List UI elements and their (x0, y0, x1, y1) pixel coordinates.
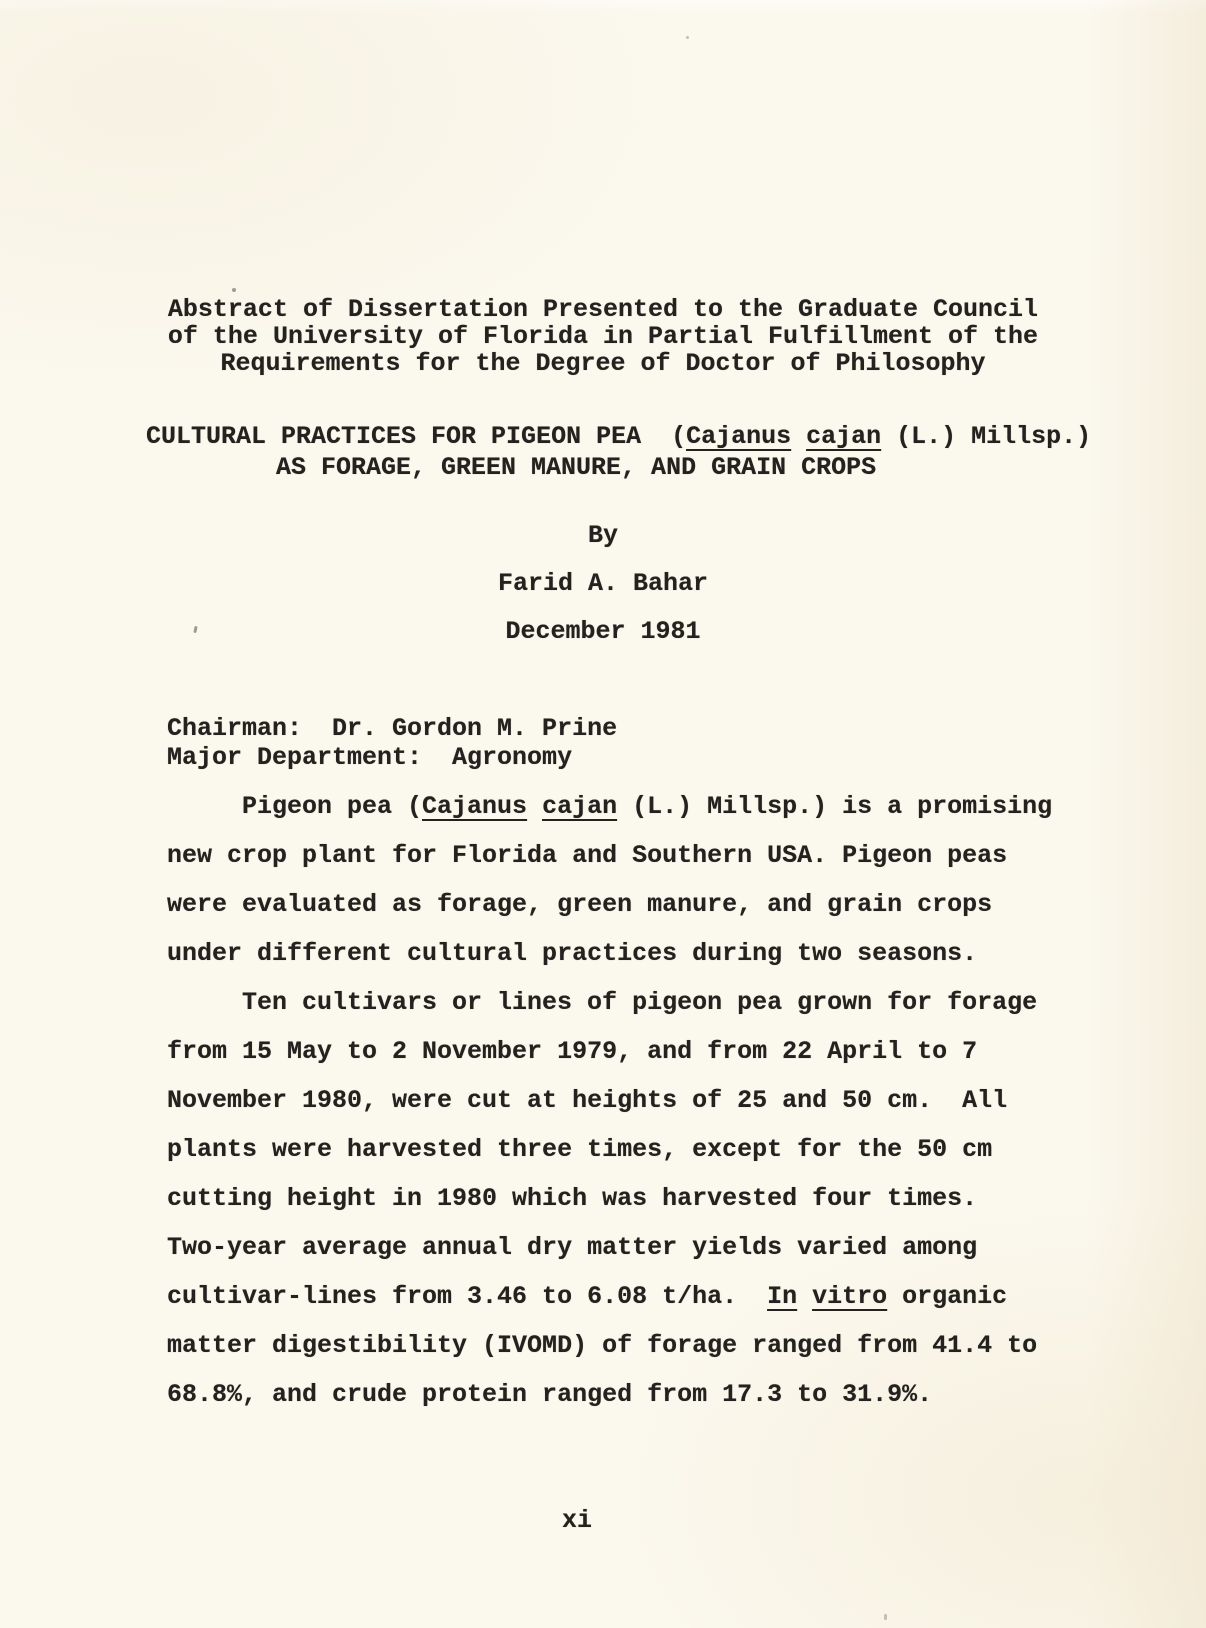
species-name-genus: Cajanus (686, 422, 791, 451)
paragraph-line: new crop plant for Florida and Southern … (167, 831, 1052, 880)
paragraph-line: plants were harvested three times, excep… (167, 1125, 1037, 1174)
title-line-1-text: CULTURAL PRACTICES FOR PIGEON PEA ( (146, 422, 686, 451)
paragraph-line: Pigeon pea (Cajanuscajan (L.) Millsp.) i… (167, 782, 1052, 831)
page-number: xi (0, 1506, 1180, 1535)
p2-line-7-suffix: organic (887, 1282, 1007, 1311)
paragraph-line: cutting height in 1980 which was harvest… (167, 1174, 1037, 1223)
title-line-2: AS FORAGE, GREEN MANURE, AND GRAIN CROPS (276, 452, 1091, 483)
abstract-paragraph-2: Ten cultivars or lines of pigeon pea gro… (167, 978, 1037, 1419)
title-line-1-suffix: (L.) Millsp.) (881, 422, 1091, 451)
dissertation-title: CULTURAL PRACTICES FOR PIGEON PEA (Cajan… (146, 421, 1091, 483)
paragraph-line: were evaluated as forage, green manure, … (167, 880, 1052, 929)
paragraph-line: under different cultural practices durin… (167, 929, 1052, 978)
chairman-line: Chairman: Dr. Gordon M. Prine (167, 714, 617, 743)
header-line-1: Abstract of Dissertation Presented to th… (0, 296, 1206, 323)
department-line: Major Department: Agronomy (167, 743, 617, 772)
paragraph-line: 68.8%, and crude protein ranged from 17.… (167, 1370, 1037, 1419)
title-line-1: CULTURAL PRACTICES FOR PIGEON PEA (Cajan… (146, 421, 1091, 452)
paragraph-line: Two-year average annual dry matter yield… (167, 1223, 1037, 1272)
paragraph-line: matter digestibility (IVOMD) of forage r… (167, 1321, 1037, 1370)
p1-line-1-text: Pigeon pea ( (242, 792, 422, 821)
byline-by: By (0, 522, 1206, 549)
paragraph-line: Ten cultivars or lines of pigeon pea gro… (167, 978, 1037, 1027)
abstract-header: Abstract of Dissertation Presented to th… (0, 296, 1206, 377)
scan-speck (686, 36, 689, 39)
p2-line-7-text: cultivar-lines from 3.46 to 6.08 t/ha. (167, 1282, 767, 1311)
species-name-genus: Cajanus (422, 792, 527, 821)
paragraph-line: from 15 May to 2 November 1979, and from… (167, 1027, 1037, 1076)
paragraph-line: November 1980, were cut at heights of 25… (167, 1076, 1037, 1125)
paragraph-line: cultivar-lines from 3.46 to 6.08 t/ha. I… (167, 1272, 1037, 1321)
scanned-dissertation-abstract-page: Abstract of Dissertation Presented to th… (0, 0, 1206, 1628)
p1-line-1-suffix: (L.) Millsp.) is a promising (617, 792, 1052, 821)
abstract-paragraph-1: Pigeon pea (Cajanuscajan (L.) Millsp.) i… (167, 782, 1052, 978)
scan-speck (232, 288, 236, 292)
byline-date: December 1981 (0, 618, 1206, 645)
byline-author: Farid A. Bahar (0, 570, 1206, 597)
species-name-epithet: cajan (806, 422, 881, 451)
header-line-2: of the University of Florida in Partial … (0, 323, 1206, 350)
in-vitro-word-2: vitro (812, 1282, 887, 1311)
header-line-3: Requirements for the Degree of Doctor of… (0, 350, 1206, 377)
scan-speck (884, 1614, 887, 1620)
in-vitro-word-1: In (767, 1282, 797, 1311)
committee-info: Chairman: Dr. Gordon M. Prine Major Depa… (167, 714, 617, 772)
species-name-epithet: cajan (542, 792, 617, 821)
